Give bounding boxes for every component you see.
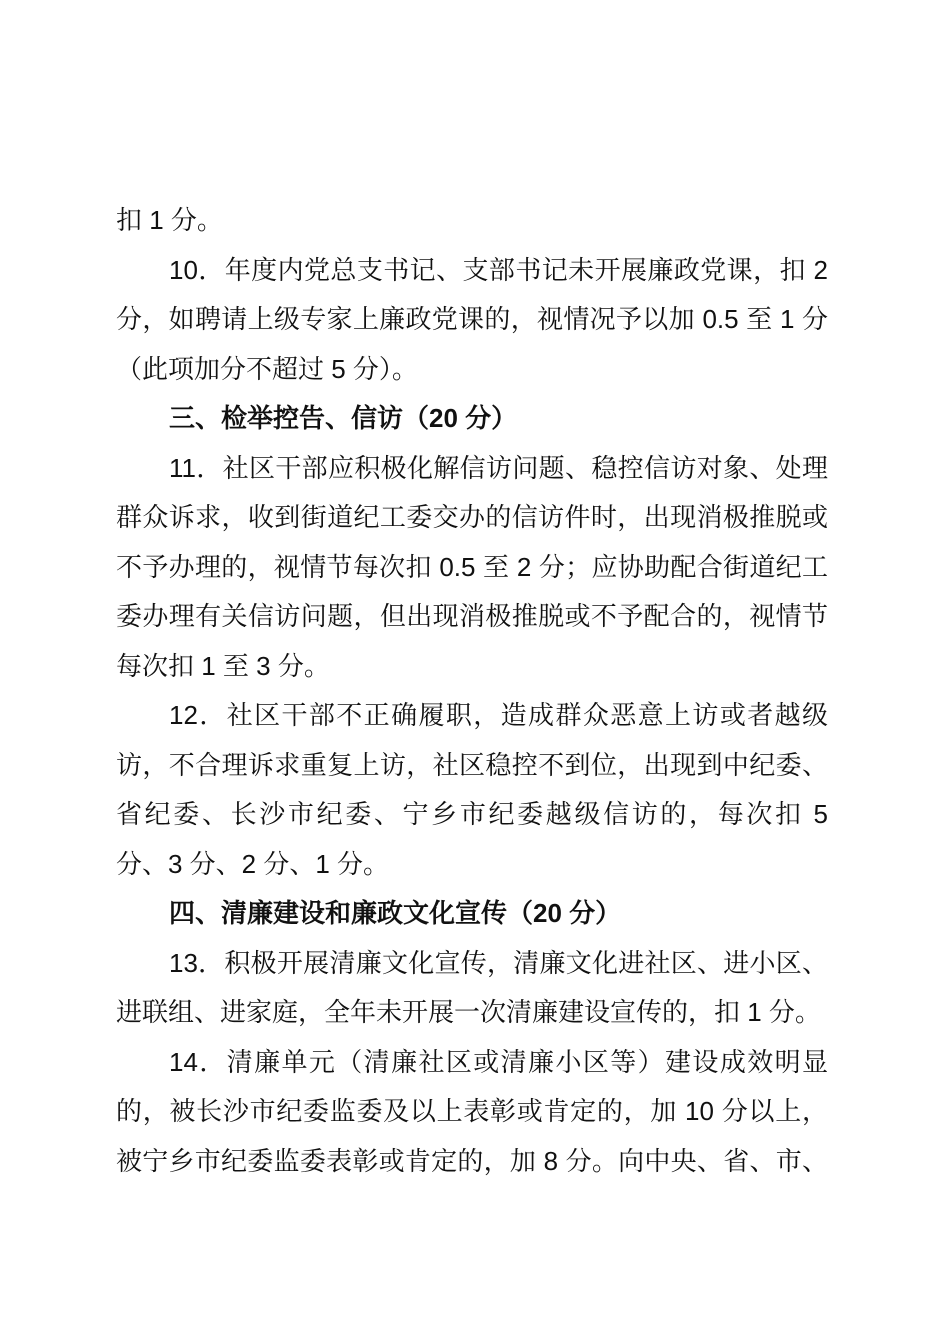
text-line: 11．社区干部应积极化解信访问题、稳控信访对象、处理 — [116, 444, 828, 494]
text-line: 12．社区干部不正确履职，造成群众恶意上访或者越级 — [116, 691, 828, 741]
text-line: 10．年度内党总支书记、支部书记未开展廉政党课，扣 2 — [116, 246, 828, 296]
text-block: 扣 1 分。10．年度内党总支书记、支部书记未开展廉政党课，扣 2分，如聘请上级… — [116, 196, 828, 1186]
section-heading: 四、清廉建设和廉政文化宣传（20 分） — [116, 889, 828, 939]
text-line: 每次扣 1 至 3 分。 — [116, 642, 828, 692]
text-line: 的，被长沙市纪委监委及以上表彰或肯定的，加 10 分以上， — [116, 1087, 828, 1137]
text-line: （此项加分不超过 5 分）。 — [116, 345, 828, 395]
text-line: 13．积极开展清廉文化宣传，清廉文化进社区、进小区、 — [116, 939, 828, 989]
document-page: 扣 1 分。10．年度内党总支书记、支部书记未开展廉政党课，扣 2分，如聘请上级… — [0, 0, 950, 1344]
text-line: 进联组、进家庭，全年未开展一次清廉建设宣传的，扣 1 分。 — [116, 988, 828, 1038]
text-line: 群众诉求，收到街道纪工委交办的信访件时，出现消极推脱或 — [116, 493, 828, 543]
text-line: 访，不合理诉求重复上访，社区稳控不到位，出现到中纪委、 — [116, 741, 828, 791]
text-line: 14．清廉单元（清廉社区或清廉小区等）建设成效明显 — [116, 1038, 828, 1088]
text-line: 扣 1 分。 — [116, 196, 828, 246]
text-line: 不予办理的，视情节每次扣 0.5 至 2 分；应协助配合街道纪工 — [116, 543, 828, 593]
text-line: 分、3 分、2 分、1 分。 — [116, 840, 828, 890]
text-line: 分，如聘请上级专家上廉政党课的，视情况予以加 0.5 至 1 分 — [116, 295, 828, 345]
text-line: 委办理有关信访问题，但出现消极推脱或不予配合的，视情节 — [116, 592, 828, 642]
text-line: 被宁乡市纪委监委表彰或肯定的，加 8 分。向中央、省、市、 — [116, 1137, 828, 1187]
section-heading: 三、检举控告、信访（20 分） — [116, 394, 828, 444]
text-line: 省纪委、长沙市纪委、宁乡市纪委越级信访的，每次扣 5 — [116, 790, 828, 840]
